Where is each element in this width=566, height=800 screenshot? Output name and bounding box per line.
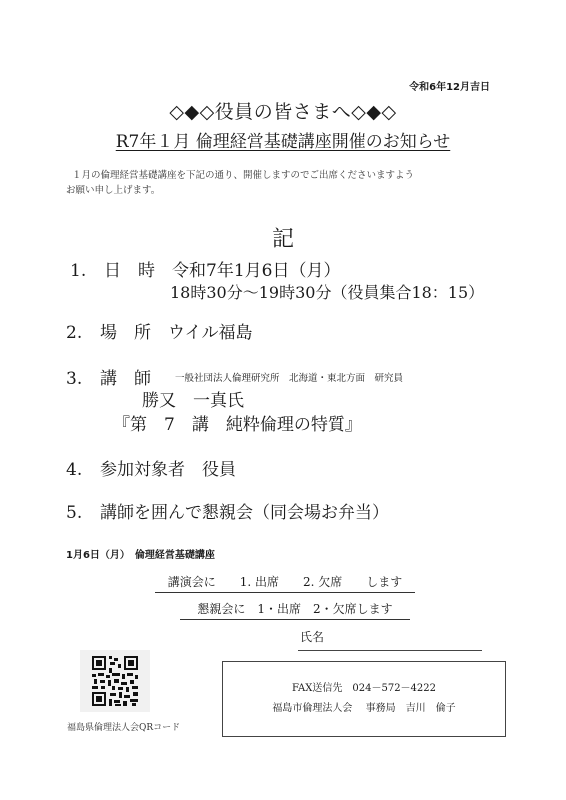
- item-party: 5.講師を囲んで懇親会（同会場お弁当）: [66, 498, 389, 523]
- lecture-title: 『第 7 講 純粋倫理の特質』: [113, 410, 362, 435]
- name-input-line[interactable]: [298, 650, 482, 651]
- item-number: 2.: [66, 323, 100, 343]
- item-number: 5.: [66, 503, 100, 523]
- lecturer-affiliation: 一般社団法人倫理研究所 北海道・東北方面 研究員: [175, 373, 403, 384]
- item-place: 2.場 所 ウイル福島: [66, 318, 253, 343]
- item-label: 参加対象者: [100, 460, 185, 480]
- party-attendance-field[interactable]: 懇親会に 1・出席 2・欠席します: [180, 600, 410, 620]
- ki-heading: 記: [0, 222, 566, 253]
- issue-date: 令和6年12月吉日: [409, 78, 490, 93]
- page-title: ◇◆◇役員の皆さまへ◇◆◇: [0, 97, 566, 124]
- item-label: 講師を囲んで懇親会（同会場お弁当）: [100, 503, 389, 523]
- lecture-attendance-field[interactable]: 講演会に 1. 出席 2. 欠席 します: [155, 573, 415, 593]
- item-label: 日 時: [104, 261, 155, 281]
- subtitle-text: R7年１月 倫理経営基礎講座開催のお知らせ: [116, 132, 451, 152]
- fax-number: FAX送信先 024－572－4222: [222, 679, 506, 694]
- form-heading: 1月6日（月） 倫理経営基礎講座: [66, 546, 215, 561]
- name-label: 氏名: [300, 628, 324, 645]
- lecturer-name: 勝又 一真氏: [142, 386, 244, 411]
- qr-caption: 福島県倫理法人会QRコード: [67, 720, 180, 733]
- item-number: 1.: [70, 261, 104, 281]
- item-datetime: 1.日 時 令和7年1月6日（月）: [70, 256, 340, 281]
- item-value: 令和7年1月6日（月）: [172, 261, 340, 281]
- intro-line-2: お願い申し上げます。: [66, 182, 160, 196]
- item-audience: 4.参加対象者 役員: [66, 455, 236, 480]
- fax-contact-person: 福島市倫理法人会 事務局 吉川 倫子: [222, 699, 506, 714]
- page-subtitle: R7年１月 倫理経営基礎講座開催のお知らせ: [0, 127, 566, 152]
- item-value: 役員: [202, 460, 236, 480]
- intro-line-1: １月の倫理経営基礎講座を下記の通り、開催しますのでご出席くださいますよう: [72, 167, 414, 181]
- item-time: 18時30分～19時30分（役員集合18：15）: [170, 280, 484, 303]
- item-number: 3.: [66, 369, 100, 389]
- item-label: 場 所: [100, 323, 151, 343]
- item-value: ウイル福島: [168, 323, 253, 343]
- qr-code-icon[interactable]: [80, 650, 150, 712]
- item-number: 4.: [66, 460, 100, 480]
